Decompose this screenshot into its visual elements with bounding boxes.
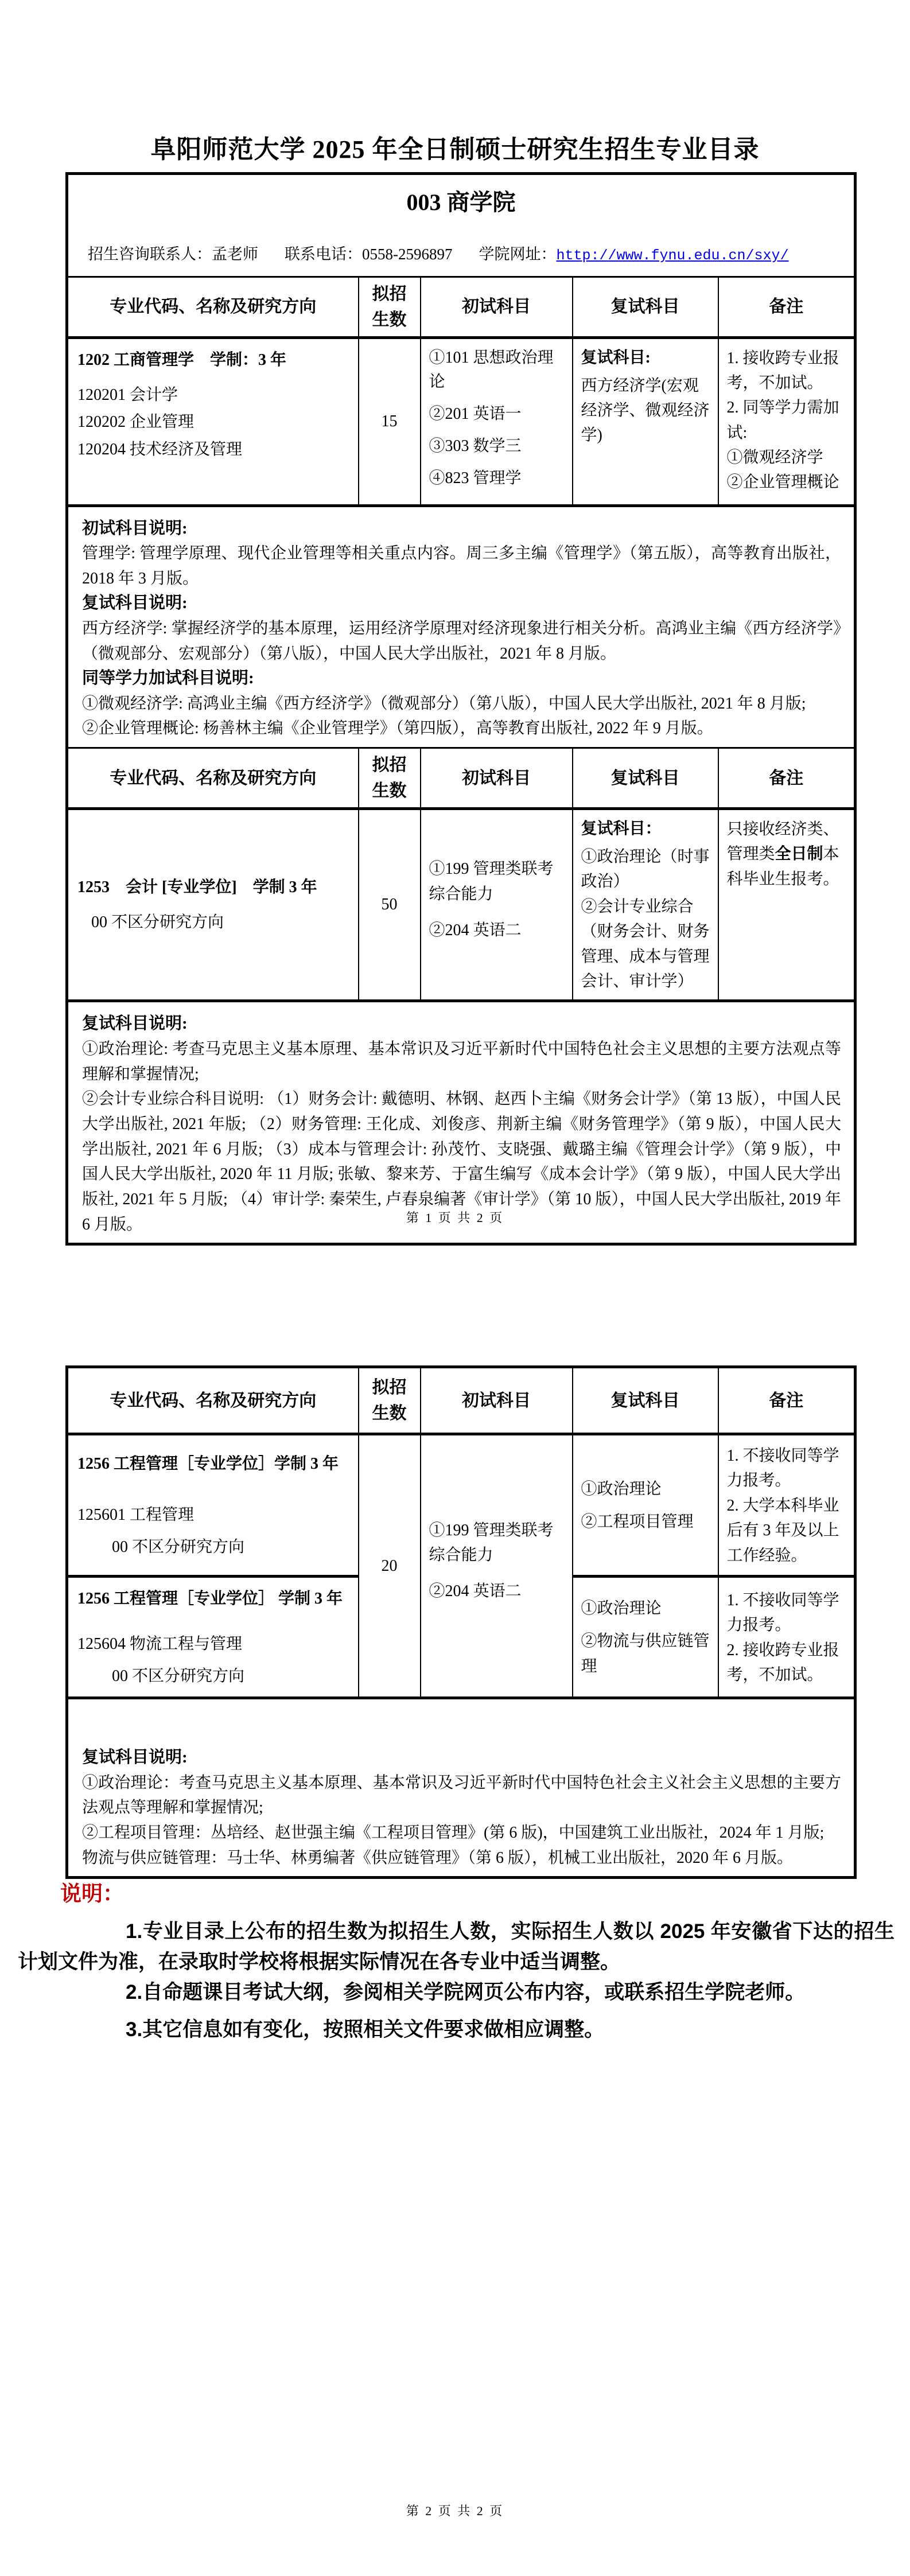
page-footer-2: 第 2 页 共 2 页: [0, 2501, 910, 2519]
notes-row-1: 初试科目说明: 管理学: 管理学原理、现代企业管理等相关重点内容。周三多主编《管…: [67, 505, 855, 748]
remark-item: ①微观经济学: [727, 445, 847, 470]
contact-phone: 联系电话：0558-2596897: [285, 246, 453, 263]
notice-item-3: 3.其它信息如有变化，按照相关文件要求做相应调整。: [18, 2014, 895, 2045]
program-125604-name-cell: 1256 工程管理［专业学位］ 学制 3 年 125604 物流工程与管理 00…: [67, 1577, 359, 1698]
column-header-major: 专业代码、名称及研究方向: [67, 748, 359, 809]
program-125601-retest-cell: ①政治理论 ②工程项目管理: [573, 1434, 718, 1577]
notice-item-1: 1.专业目录上公布的招生数为拟招生人数，实际招生人数以 2025 年安徽省下达的…: [18, 1916, 895, 1977]
program-1202-title: 1202 工商管理学 学制：3 年: [77, 348, 350, 372]
notes-label-equivalency: 同等学力加试科目说明:: [82, 666, 841, 691]
initial-subject: ④823 管理学: [429, 466, 565, 491]
column-header-retest: 复试科目: [573, 1367, 718, 1434]
direction-120201: 120201 会计学: [77, 382, 350, 409]
initial-subject: ②204 英语二: [429, 1579, 565, 1604]
notes-row-3: 复试科目说明: ①政治理论：考查马克思主义基本原理、基本常识及习近平新时代中国特…: [67, 1698, 855, 1878]
catalog-table-page2: 专业代码、名称及研究方向 拟招生数 初试科目 复试科目 备注 1256 工程管理…: [65, 1365, 857, 1879]
page-footer-1: 第 1 页 共 2 页: [0, 1208, 910, 1226]
program-1202-quota-cell: 15: [359, 337, 421, 505]
direction-00: 00 不区分研究方向: [77, 1534, 350, 1561]
program-1253-retest-cell: 复试科目： ①政治理论（时事政治） ②会计专业综合（财务会计、财务管理、成本与管…: [573, 809, 718, 1001]
notes-label-retest: 复试科目说明:: [82, 1011, 841, 1037]
table3-header-row: 专业代码、名称及研究方向 拟招生数 初试科目 复试科目 备注: [67, 1367, 855, 1434]
notes-body-politics: ①政治理论：考查马克思主义基本原理、基本常识及习近平新时代中国特色社会主义社会主…: [82, 1770, 841, 1820]
notes-body-politics: ①政治理论: 考查马克思主义基本原理、基本常识及习近平新时代中国特色社会主义思想…: [82, 1037, 841, 1087]
retest-label: 复试科目:: [581, 346, 711, 370]
initial-subject: ①199 管理类联考综合能力: [429, 1518, 565, 1568]
retest-subject: 西方经济学(宏观经济学、微观经济学): [581, 373, 711, 448]
column-header-retest: 复试科目: [573, 277, 718, 337]
contact-site-label: 学院网址：: [479, 246, 557, 263]
initial-subject: ①101 思想政治理论: [429, 346, 565, 394]
contact-site: 学院网址：http://www.fynu.edu.cn/sxy/: [479, 246, 789, 263]
program-1202-name-cell: 1202 工商管理学 学制：3 年 120201 会计学 120202 企业管理…: [67, 337, 359, 505]
program-row-1253: 1253 会计 [专业学位] 学制 3 年 00 不区分研究方向 50 ①199…: [67, 809, 855, 1001]
retest-subject: ②会计专业综合（财务会计、财务管理、成本与管理会计、审计学）: [581, 894, 711, 994]
program-125601-title: 1256 工程管理［专业学位］学制 3 年: [77, 1452, 350, 1476]
program-1256-initial-cell: ①199 管理类联考综合能力 ②204 英语二: [421, 1434, 573, 1698]
page-title: 阜阳师范大学 2025 年全日制硕士研究生招生专业目录: [0, 129, 910, 165]
direction-120204: 120204 技术经济及管理: [77, 436, 350, 464]
college-banner-row: 003 商学院 招生咨询联系人：孟老师联系电话：0558-2596897学院网址…: [67, 174, 855, 277]
direction-00: 00 不区分研究方向: [77, 909, 350, 936]
remark-item: 1. 接收跨专业报考，不加试。: [727, 346, 847, 396]
table1-header-row: 专业代码、名称及研究方向 拟招生数 初试科目 复试科目 备注: [67, 277, 855, 337]
program-125601-remark-cell: 1. 不接收同等学力报考。 2. 大学本科毕业后有 3 年及以上工作经验。: [718, 1434, 855, 1577]
column-header-initial-exam: 初试科目: [421, 1367, 573, 1434]
remark-item: 2. 同等学力需加试:: [727, 395, 847, 445]
column-header-remark: 备注: [718, 748, 855, 809]
remark-item: 1. 不接收同等学力报考。: [727, 1588, 847, 1638]
column-header-major: 专业代码、名称及研究方向: [67, 277, 359, 337]
notes-box-1: 初试科目说明: 管理学: 管理学原理、现代企业管理等相关重点内容。周三多主编《管…: [67, 505, 855, 748]
retest-subject: ①政治理论: [581, 1477, 711, 1501]
college-website-link[interactable]: http://www.fynu.edu.cn/sxy/: [557, 247, 789, 264]
remark-item: ②企业管理概论: [727, 470, 847, 495]
contact-person: 招生咨询联系人：孟老师: [88, 246, 258, 263]
notes-body-retest: 西方经济学: 掌握经济学的基本原理，运用经济学原理对经济现象进行相关分析。高鸿业…: [82, 616, 841, 666]
program-125604-remark-cell: 1. 不接收同等学力报考。 2. 接收跨专业报考，不加试。: [718, 1577, 855, 1698]
column-header-initial-exam: 初试科目: [421, 748, 573, 809]
program-1253-title: 1253 会计 [专业学位] 学制 3 年: [77, 875, 350, 900]
column-header-major: 专业代码、名称及研究方向: [67, 1367, 359, 1434]
program-1202-remark-cell: 1. 接收跨专业报考，不加试。 2. 同等学力需加试: ①微观经济学 ②企业管理…: [718, 337, 855, 505]
initial-subject: ③303 数学三: [429, 434, 565, 458]
program-125601-name-cell: 1256 工程管理［专业学位］学制 3 年 125601 工程管理 00 不区分…: [67, 1434, 359, 1577]
retest-subject: ①政治理论: [581, 1597, 711, 1621]
direction-125601: 125601 工程管理: [77, 1501, 350, 1529]
initial-subject: ①199 管理类联考综合能力: [429, 857, 565, 906]
column-header-quota: 拟招生数: [359, 277, 421, 337]
program-1202-initial-cell: ①101 思想政治理论 ②201 英语一 ③303 数学三 ④823 管理学: [421, 337, 573, 505]
program-row-125601: 1256 工程管理［专业学位］学制 3 年 125601 工程管理 00 不区分…: [67, 1434, 855, 1577]
column-header-quota: 拟招生数: [359, 1367, 421, 1434]
direction-120202: 120202 企业管理: [77, 408, 350, 436]
retest-subject: ②工程项目管理: [581, 1509, 711, 1534]
college-name: 003 商学院: [80, 185, 842, 220]
remark-text-bold: 全日制: [775, 845, 823, 863]
column-header-remark: 备注: [718, 277, 855, 337]
notes-box-3: 复试科目说明: ①政治理论：考查马克思主义基本原理、基本常识及习近平新时代中国特…: [67, 1698, 855, 1878]
column-header-remark: 备注: [718, 1367, 855, 1434]
notes-body-engineering: ②工程项目管理：丛培经、赵世强主编《工程项目管理》(第 6 版)，中国建筑工业出…: [82, 1820, 841, 1870]
retest-label: 复试科目：: [581, 817, 711, 841]
retest-subject: ②物流与供应链管理: [581, 1629, 711, 1679]
program-1253-quota-cell: 50: [359, 809, 421, 1001]
program-row-1202: 1202 工商管理学 学制：3 年 120201 会计学 120202 企业管理…: [67, 337, 855, 505]
column-header-initial-exam: 初试科目: [421, 277, 573, 337]
notes-body-initial: 管理学: 管理学原理、现代企业管理等相关重点内容。周三多主编《管理学》（第五版）…: [82, 541, 841, 591]
notes-label-initial: 初试科目说明:: [82, 516, 841, 542]
remark-item: 2. 大学本科毕业后有 3 年及以上工作经验。: [727, 1493, 847, 1568]
program-125604-retest-cell: ①政治理论 ②物流与供应链管理: [573, 1577, 718, 1698]
initial-subject: ②201 英语一: [429, 402, 565, 426]
column-header-quota: 拟招生数: [359, 748, 421, 809]
direction-125604: 125604 物流工程与管理: [77, 1631, 350, 1658]
retest-subject: ①政治理论（时事政治）: [581, 845, 711, 894]
catalog-table-page1: 003 商学院 招生咨询联系人：孟老师联系电话：0558-2596897学院网址…: [65, 172, 857, 1246]
program-1253-initial-cell: ①199 管理类联考综合能力 ②204 英语二: [421, 809, 573, 1001]
remark-item: 2. 接收跨专业报考，不加试。: [727, 1638, 847, 1688]
column-header-retest: 复试科目: [573, 748, 718, 809]
program-1202-retest-cell: 复试科目: 西方经济学(宏观经济学、微观经济学): [573, 337, 718, 505]
notice-item-2: 2.自命题课目考试大纲，参阅相关学院网页公布内容，或联系招生学院老师。: [18, 1977, 895, 2007]
initial-subject: ②204 英语二: [429, 918, 565, 943]
college-banner-cell: 003 商学院 招生咨询联系人：孟老师联系电话：0558-2596897学院网址…: [67, 174, 855, 277]
program-125604-title: 1256 工程管理［专业学位］ 学制 3 年: [77, 1587, 350, 1611]
direction-00: 00 不区分研究方向: [77, 1663, 350, 1690]
notice-label: 说明：: [60, 1876, 895, 1907]
remark-item: 1. 不接收同等学力报考。: [727, 1443, 847, 1493]
notes-label-retest: 复试科目说明:: [82, 1745, 841, 1770]
notice-section: 说明： 1.专业目录上公布的招生数为拟招生人数，实际招生人数以 2025 年安徽…: [18, 1876, 895, 2045]
program-1253-remark-cell: 只接收经济类、管理类全日制本科毕业生报考。: [718, 809, 855, 1001]
program-1256-quota-cell: 20: [359, 1434, 421, 1698]
notes-label-retest: 复试科目说明:: [82, 591, 841, 616]
table2-header-row: 专业代码、名称及研究方向 拟招生数 初试科目 复试科目 备注: [67, 748, 855, 809]
contact-line: 招生咨询联系人：孟老师联系电话：0558-2596897学院网址：http://…: [80, 243, 842, 267]
notes-body-equivalency: ①微观经济学: 高鸿业主编《西方经济学》（微观部分）（第八版），中国人民大学出版…: [82, 691, 841, 741]
program-1253-name-cell: 1253 会计 [专业学位] 学制 3 年 00 不区分研究方向: [67, 809, 359, 1001]
